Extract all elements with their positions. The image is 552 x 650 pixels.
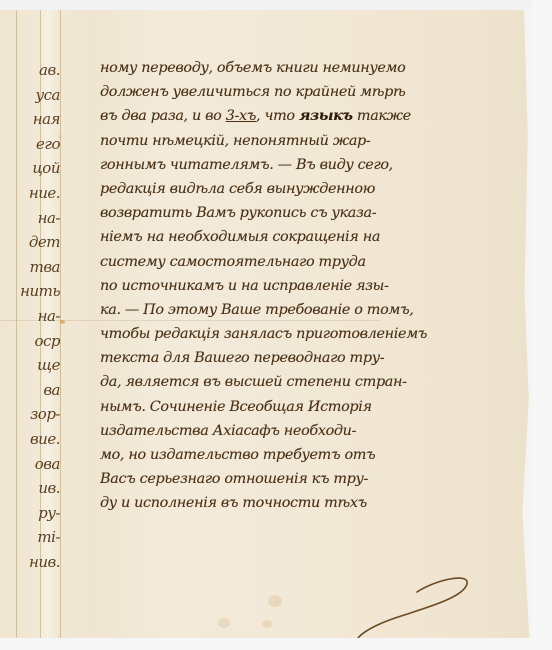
ordinal-number: 3-хъ (226, 108, 256, 124)
margin-fragment: ва (2, 378, 60, 403)
paper-stain (262, 620, 272, 628)
margin-fragment: вие. (2, 427, 60, 452)
scan-top-margin (0, 0, 552, 10)
margin-fragment: уса (2, 83, 60, 108)
margin-fragment: ті- (2, 525, 60, 550)
margin-fragment: ив. (2, 476, 60, 501)
letter-line: по источникамъ и на исправленіе язы- (100, 274, 545, 298)
letter-line: чтобы редакція заняласъ приготовленіемъ (100, 322, 545, 346)
letter-body: ному переводу, объемъ книги неминуемо до… (100, 56, 545, 516)
letter-line: мо, но издательство требуетъ отъ (100, 443, 545, 467)
margin-fragment: его (2, 132, 60, 157)
margin-fragment: ная (2, 107, 60, 132)
previous-page-margin-text: ав. уса ная его цой ние. на- дет тва нит… (2, 58, 60, 574)
margin-fragment: дет (2, 230, 60, 255)
letter-line: текста для Вашего переводнаго тру- (100, 346, 545, 370)
text-run: также (353, 108, 411, 124)
letter-line: Васъ серьезнаго отношенія къ тру- (100, 467, 545, 491)
text-run: въ два раза, и во (100, 108, 226, 124)
letter-line: ду и исполненія въ точности тѣхъ (100, 491, 545, 515)
margin-fragment: на- (2, 304, 60, 329)
pen-flourish-icon (355, 570, 485, 640)
margin-fragment: цой (2, 156, 60, 181)
letter-line-emphasis: въ два раза, и во 3-хъ, что языкъ также (100, 104, 545, 128)
letter-line: долженъ увеличиться по крайней мѣрѣ (100, 80, 545, 104)
letter-line: издательства Ахіасафъ необходи- (100, 419, 545, 443)
letter-line: нымъ. Сочиненіе Всеобщая Исторія (100, 395, 545, 419)
paper-stain (218, 618, 230, 628)
margin-fragment: на- (2, 206, 60, 231)
margin-fragment: нить (2, 279, 60, 304)
page-crease-right (60, 10, 61, 638)
margin-fragment: тва (2, 255, 60, 280)
emphasized-word: языкъ (299, 107, 353, 124)
letter-line: почти нѣмецкій, непонятный жар- (100, 129, 545, 153)
margin-fragment: ние. (2, 181, 60, 206)
paper-stain (268, 595, 282, 607)
letter-line: гоннымъ читателямъ. — Въ виду сего, (100, 153, 545, 177)
letter-line: редакція видѣла себя вынужденною (100, 177, 545, 201)
margin-fragment: ру- (2, 501, 60, 526)
margin-fragment: зор- (2, 402, 60, 427)
letter-line: ніемъ на необходимыя сокращенія на (100, 225, 545, 249)
paper-spot (60, 320, 65, 324)
letter-line: ному переводу, объемъ книги неминуемо (100, 56, 545, 80)
margin-fragment: ова (2, 452, 60, 477)
letter-line: возвратить Вамъ рукопись съ указа- (100, 201, 545, 225)
text-run: , что (256, 108, 299, 124)
margin-fragment: ав. (2, 58, 60, 83)
margin-fragment: оср (2, 329, 60, 354)
scan-bottom-margin (0, 638, 552, 650)
letter-line: ка. — По этому Ваше требованіе о томъ, (100, 298, 545, 322)
letter-line: систему самостоятельнаго труда (100, 250, 545, 274)
margin-fragment: нив. (2, 550, 60, 575)
margin-fragment: ще (2, 353, 60, 378)
letter-line: да, является въ высшей степени стран- (100, 370, 545, 394)
